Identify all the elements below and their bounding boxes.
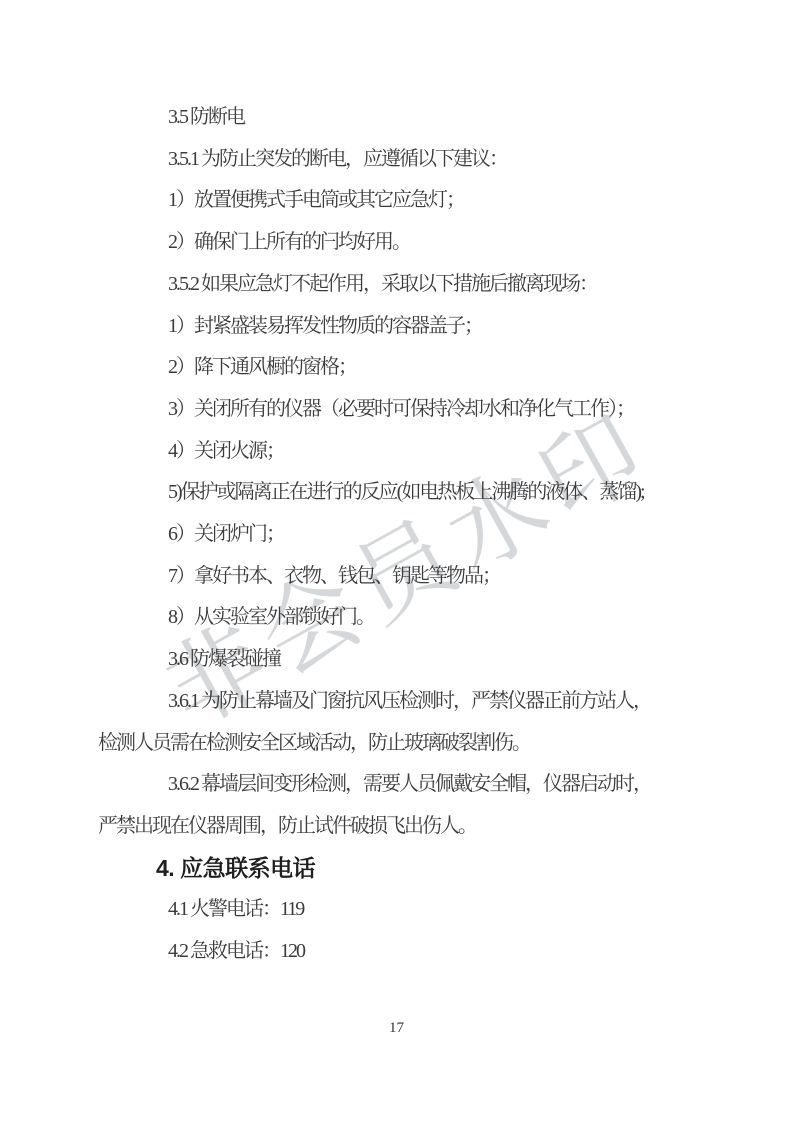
section-heading: 4. 应急联系电话 [98,855,756,881]
text-line: 1）放置便携式手电筒或其它应急灯； [98,187,768,213]
text-line: 4.1 火警电话：119 [98,896,768,922]
text-line: 2）降下通风橱的窗格； [98,354,768,380]
text-line: 检测人员需在检测安全区域活动，防止玻璃破裂割伤。 [98,730,698,756]
text-line: 8）从实验室外部锁好门。 [98,604,768,630]
text-line: 2）确保门上所有的闩均好用。 [98,229,768,255]
text-line: 3）关闭所有的仪器（必要时可保持冷却水和净化气工作）； [98,396,768,422]
text-line: 6）关闭炉门； [98,521,768,547]
text-line: 3.5.1 为防止突发的断电，应遵循以下建议： [98,146,768,172]
text-line: 5)保护或隔离正在进行的反应(如电热板上沸腾的液体、蒸馏); [98,479,768,505]
text-line: 3.6.2 幕墙层间变形检测，需要人员佩戴安全帽，仪器启动时， [98,771,768,797]
text-line: 4）关闭火源； [98,438,768,464]
document-page: 非会员水印 3.5 防断电3.5.1 为防止突发的断电，应遵循以下建议：1）放置… [0,0,793,1122]
document-body: 3.5 防断电3.5.1 为防止突发的断电，应遵循以下建议：1）放置便携式手电筒… [0,0,793,1122]
text-line: 7）拿好书本、衣物、钱包、钥匙等物品； [98,563,768,589]
page-number: 17 [0,1020,793,1037]
text-line: 严禁出现在仪器周围，防止试件破损飞出伤人。 [98,813,698,839]
text-line: 3.5.2 如果应急灯不起作用，采取以下措施后撤离现场： [98,271,768,297]
text-line: 4.2 急救电话：120 [98,938,768,964]
text-line: 3.6 防爆裂碰撞 [98,646,768,672]
text-line: 3.6.1 为防止幕墙及门窗抗风压检测时，严禁仪器正前方站人， [98,688,768,714]
text-line: 3.5 防断电 [98,104,768,130]
text-line: 1）封紧盛装易挥发性物质的容器盖子； [98,313,768,339]
